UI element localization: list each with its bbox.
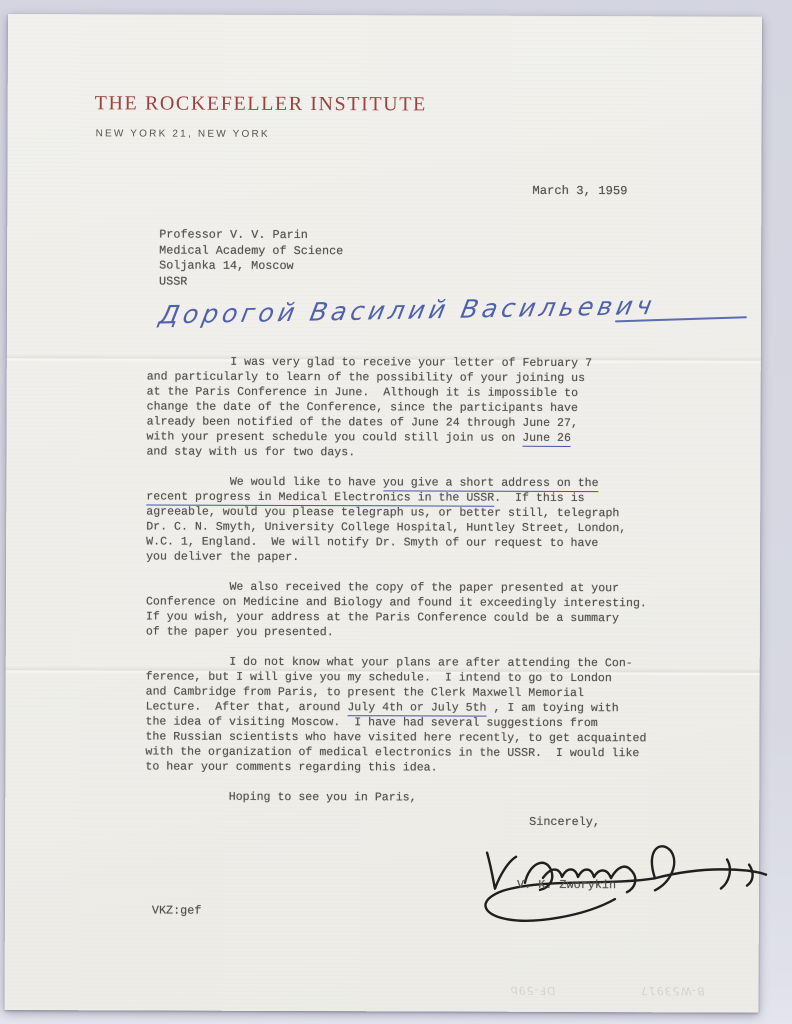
pencil-note-left: B-W53917 — [639, 984, 705, 997]
typed-line: change the date of the Conference, since… — [147, 399, 648, 416]
valediction: Sincerely, — [529, 815, 600, 829]
typed-line: recent progress in Medical Electronics i… — [146, 489, 647, 506]
letterhead-address: NEW YORK 21, NEW YORK — [96, 128, 270, 140]
typed-line: to hear your comments regarding this ide… — [145, 759, 646, 776]
typed-line: and particularly to learn of the possibi… — [147, 369, 648, 386]
typed-line: and stay with us for two days. — [146, 444, 647, 461]
typed-line: already been notified of the dates of Ju… — [147, 414, 648, 431]
recipient-address: Professor V. V. ParinMedical Academy of … — [159, 228, 343, 291]
typed-line: agreeable, would you please telegraph us… — [146, 504, 647, 521]
typed-signature-name: V. K. Zworykin — [517, 878, 616, 892]
typed-line: Lecture. After that, around July 4th or … — [146, 699, 647, 716]
typed-line: of the paper you presented. — [146, 624, 647, 641]
date-line: March 3, 1959 — [532, 184, 627, 198]
para-4: I do not know what your plans are after … — [145, 654, 646, 776]
typed-line: Dr. C. N. Smyth, University College Hosp… — [146, 519, 647, 536]
letter-body: I was very glad to receive your letter o… — [145, 354, 647, 791]
typed-line: with your present schedule you could sti… — [146, 429, 647, 446]
typed-line: ference, but I will give you my schedule… — [146, 669, 647, 686]
para-2: We would like to have you give a short a… — [146, 474, 647, 566]
closing-line: Hoping to see you in Paris, — [145, 790, 416, 804]
typist-reference: VKZ:gef — [152, 904, 202, 918]
signature-zworykin-ink — [463, 829, 775, 938]
typed-line: you deliver the paper. — [146, 549, 647, 566]
recipient-line: Professor V. V. Parin — [159, 228, 343, 244]
typed-line: the idea of visiting Moscow. I have had … — [146, 714, 647, 731]
ink-underlined-text: June 26 — [522, 432, 571, 447]
typed-line: W.C. 1, England. We will notify Dr. Smyt… — [146, 534, 647, 551]
para-3: We also received the copy of the paper p… — [146, 579, 647, 641]
letter-page: THE ROCKEFELLER INSTITUTE NEW YORK 21, N… — [5, 14, 762, 1013]
photo-backdrop: THE ROCKEFELLER INSTITUTE NEW YORK 21, N… — [0, 0, 792, 1024]
typed-line: with the organization of medical electro… — [145, 744, 646, 761]
para-1: I was very glad to receive your letter o… — [146, 354, 647, 461]
recipient-line: Medical Academy of Science — [159, 243, 343, 259]
letterhead-title: THE ROCKEFELLER INSTITUTE — [95, 92, 427, 116]
typed-line: If you wish, your address at the Paris C… — [146, 609, 647, 626]
typed-line: at the Paris Conference in June. Althoug… — [147, 384, 648, 401]
pencil-note-right: DF-59b — [509, 984, 556, 997]
recipient-line: USSR — [159, 274, 343, 290]
typed-line: Conference on Medicine and Biology and f… — [146, 594, 647, 611]
typed-line: I do not know what your plans are after … — [146, 654, 647, 671]
recipient-line: Soljanka 14, Moscow — [159, 259, 343, 275]
typed-line: I was very glad to receive your letter o… — [147, 354, 648, 371]
typed-line: We would like to have you give a short a… — [146, 474, 647, 491]
typed-line: and Cambridge from Paris, to present the… — [146, 684, 647, 701]
handwritten-salutation: Дорогой Василий Васильевич — [157, 291, 658, 330]
typed-line: We also received the copy of the paper p… — [146, 579, 647, 596]
typed-line: the Russian scientists who have visited … — [145, 729, 646, 746]
faint-pencil-inventory-note: B-W53917 DF-59b — [509, 984, 705, 998]
